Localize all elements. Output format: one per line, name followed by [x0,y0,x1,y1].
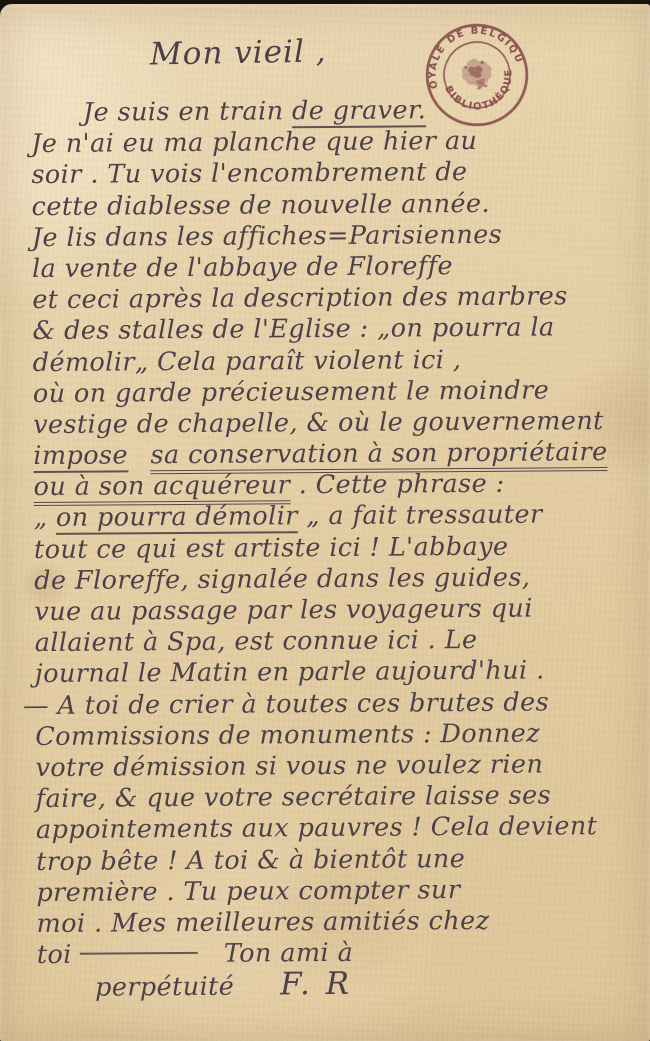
letter-line: cette diablesse de nouvelle année. [32,188,620,223]
letter-text: soir . Tu vois l'encombrement de [31,157,467,190]
letter-text: Je suis en train [83,96,292,127]
letter-text: vue au passage par les voyageurs qui [34,594,533,627]
letter-line: impose sa conservation à son propriétair… [33,437,621,472]
letter-text: cette diablesse de nouvelle année. [32,188,491,221]
letter-text: première . Tu peux compter sur [36,875,460,908]
letter-line: allaient à Spa, est connue ici . Le [35,624,623,659]
letter-text: Je n'ai eu ma planche que hier au [31,126,477,159]
letter-text: de Floreffe, signalée dans les guides, [34,562,530,595]
letter-text: vestige de chapelle, & où le gouvernemen… [33,406,604,440]
letter-text: on pourra démolir [56,502,298,536]
letter-text: „ a fait tressauter [298,500,543,532]
letter-text: la vente de l'abbaye de Floreffe [32,251,453,284]
letter-line: première . Tu peux compter sur [36,874,624,909]
letter-line: votre démission si vous ne voulez rien [35,749,623,784]
letter-line: Je lis dans les affiches=Parisiennes [32,219,620,254]
letter-line: ou à son acquéreur . Cette phrase : [33,468,621,503]
letter-text: Je lis dans les affiches=Parisiennes [32,220,503,253]
letter-text: ou à son acquéreur [33,471,290,507]
letter-text: faire, & que votre secrétaire laisse ses [36,781,552,815]
letter-text: moi . Mes meilleures amitiés chez [37,906,490,939]
letter-text: „ [34,503,56,533]
letter-line: la vente de l'abbaye de Floreffe [32,250,620,285]
letter-line: soir . Tu vois l'encombrement de [31,156,619,191]
letter-line: trop bête ! A toi & à bientôt une [36,842,624,877]
letter-line: Je n'ai eu ma planche que hier au [31,125,619,160]
stamp-lion-emblem [458,54,496,93]
letter-salutation: Mon vieil , [150,36,327,70]
letter-text: démolir„ Cela paraît violent ici , [33,345,462,378]
letter-paper: Mon vieil , Je suis en train de graver.J… [0,4,650,1041]
letter-text: trop bête ! A toi & à bientôt une [36,844,465,877]
letter-line: faire, & que votre secrétaire laisse ses [36,780,624,815]
letter-text: allaient à Spa, est connue ici . Le [35,625,478,658]
letter-text: & des stalles de l'Eglise : „on pourra l… [32,313,554,347]
letter-body: Je suis en train de graver.Je n'ai eu ma… [31,94,625,1003]
letter-text: F. R [280,966,352,1002]
letter-text: perpétuité [95,972,234,1003]
letter-text: appointements aux pauvres ! Cela devient [36,811,598,845]
letter-text: journal le Matin en parle aujourd'hui . [35,656,545,690]
letter-line: moi . Mes meilleures amitiés chez [37,905,625,940]
letter-line: journal le Matin en parle aujourd'hui . [35,655,623,690]
letter-text: . Cette phrase : [290,469,505,500]
letter-line: perpétuitéF. R [95,967,625,1002]
letter-text: et ceci après la description des marbres [32,281,568,315]
letter-text: sa conservation à son propriétaire [150,437,607,474]
letter-text: Commissions de monuments : Donnez [35,718,540,752]
letter-line: & des stalles de l'Eglise : „on pourra l… [32,312,620,347]
letter-text [142,440,151,470]
letter-line: vue au passage par les voyageurs qui [34,593,622,628]
letter-text: — A toi de crier à toutes ces brutes des [23,687,549,721]
letter-text: votre démission si vous ne voulez rien [35,749,543,783]
letter-line: — A toi de crier à toutes ces brutes des [23,687,623,722]
hand-drawn-rule [80,952,198,955]
letter-line: appointements aux pauvres ! Cela devient [36,811,624,846]
letter-text: tout ce qui est artiste ici ! L'abbaye [34,531,509,564]
letter-line: où on garde précieusement le moindre [33,375,621,410]
letter-line: de Floreffe, signalée dans les guides, [34,562,622,597]
letter-line: „ on pourra démolir „ a fait tressauter [34,499,622,534]
letter-text: où on garde précieusement le moindre [33,375,549,409]
letter-line: Commissions de monuments : Donnez [35,718,623,753]
letter-text: impose [33,440,128,473]
letter-line: et ceci après la description des marbres [32,281,620,316]
letter-line: démolir„ Cela paraît violent ici , [33,343,621,378]
letter-scan: Mon vieil , Je suis en train de graver.J… [0,0,650,1041]
letter-text: toi [37,940,72,970]
letter-line: vestige de chapelle, & où le gouvernemen… [33,406,621,441]
letter-text: de graver. [292,95,426,128]
letter-line: tout ce qui est artiste ici ! L'abbaye [34,531,622,566]
letter-text: Ton ami à [224,938,354,969]
